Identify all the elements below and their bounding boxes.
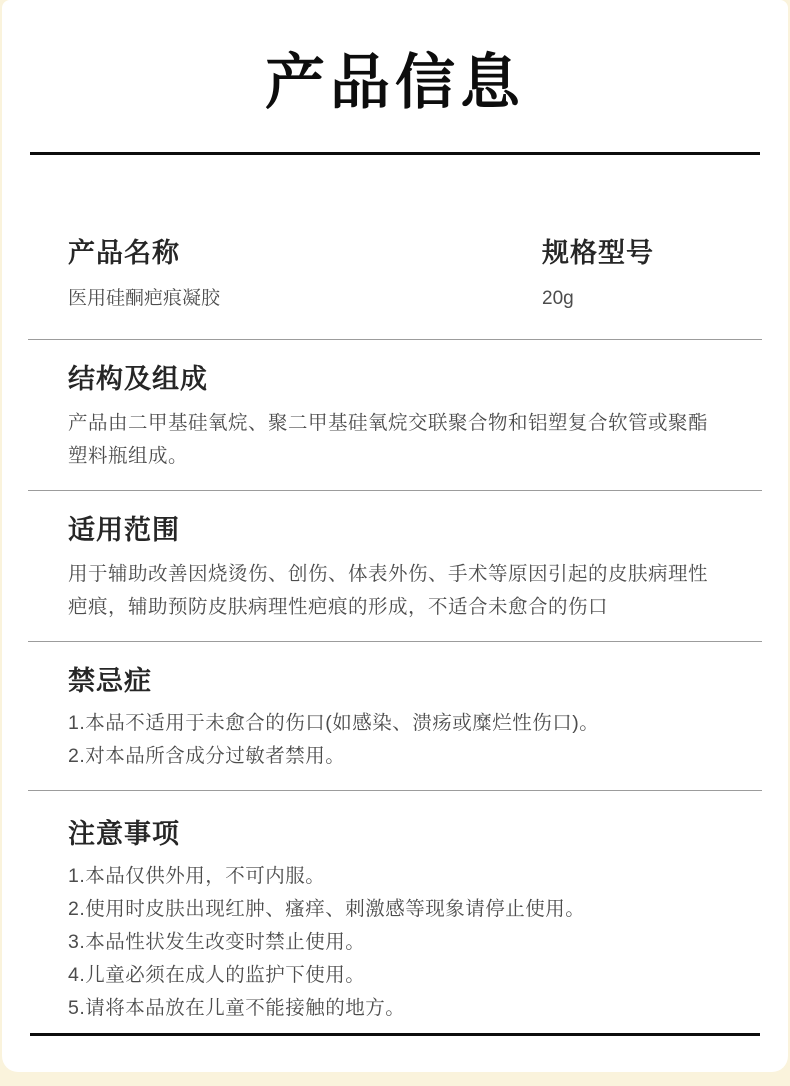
list-item: 1.本品仅供外用，不可内服。 — [68, 860, 722, 893]
list-item: 2.对本品所含成分过敏者禁用。 — [68, 740, 722, 773]
contraindications-list: 1.本品不适用于未愈合的伤口(如感染、溃疡或糜烂性伤口)。 2.对本品所含成分过… — [68, 707, 722, 773]
product-name-section: 产品名称 医用硅酮疤痕凝胶 — [68, 235, 542, 313]
title-underline-rule — [30, 152, 760, 155]
list-item: 5.请将本品放在儿童不能接触的地方。 — [68, 992, 722, 1025]
product-name-value: 医用硅酮疤痕凝胶 — [68, 285, 542, 313]
spec-model-section: 规格型号 20g — [542, 235, 722, 313]
spec-model-value: 20g — [542, 285, 722, 313]
name-spec-row: 产品名称 医用硅酮疤痕凝胶 规格型号 20g — [68, 235, 722, 339]
contraindications-section: 禁忌症 1.本品不适用于未愈合的伤口(如感染、溃疡或糜烂性伤口)。 2.对本品所… — [2, 642, 788, 790]
page-title: 产品信息 — [2, 52, 788, 114]
content-area: 产品名称 医用硅酮疤痕凝胶 规格型号 20g — [2, 235, 788, 339]
list-item: 2.使用时皮肤出现红肿、瘙痒、刺激感等现象请停止使用。 — [68, 893, 722, 926]
scope-section: 适用范围 用于辅助改善因烧烫伤、创伤、体表外伤、手术等原因引起的皮肤病理性疤痕，… — [2, 491, 788, 641]
precautions-list: 1.本品仅供外用，不可内服。 2.使用时皮肤出现红肿、瘙痒、刺激感等现象请停止使… — [68, 860, 722, 1025]
bottom-rule — [30, 1033, 760, 1036]
composition-label: 结构及组成 — [68, 361, 722, 397]
spec-model-label: 规格型号 — [542, 235, 722, 271]
product-info-card: 产品信息 产品名称 医用硅酮疤痕凝胶 规格型号 20g 结构及组成 产品由二甲基… — [2, 0, 788, 1072]
list-item: 3.本品性状发生改变时禁止使用。 — [68, 926, 722, 959]
scope-body: 用于辅助改善因烧烫伤、创伤、体表外伤、手术等原因引起的皮肤病理性疤痕，辅助预防皮… — [68, 558, 722, 624]
precautions-section: 注意事项 1.本品仅供外用，不可内服。 2.使用时皮肤出现红肿、瘙痒、刺激感等现… — [2, 791, 788, 1025]
contraindications-label: 禁忌症 — [68, 663, 722, 699]
scope-label: 适用范围 — [68, 512, 722, 548]
list-item: 4.儿童必须在成人的监护下使用。 — [68, 959, 722, 992]
list-item: 1.本品不适用于未愈合的伤口(如感染、溃疡或糜烂性伤口)。 — [68, 707, 722, 740]
product-name-label: 产品名称 — [68, 235, 542, 271]
composition-section: 结构及组成 产品由二甲基硅氧烷、聚二甲基硅氧烷交联聚合物和铝塑复合软管或聚酯塑料… — [2, 340, 788, 490]
precautions-label: 注意事项 — [68, 816, 722, 852]
composition-body: 产品由二甲基硅氧烷、聚二甲基硅氧烷交联聚合物和铝塑复合软管或聚酯塑料瓶组成。 — [68, 407, 722, 473]
